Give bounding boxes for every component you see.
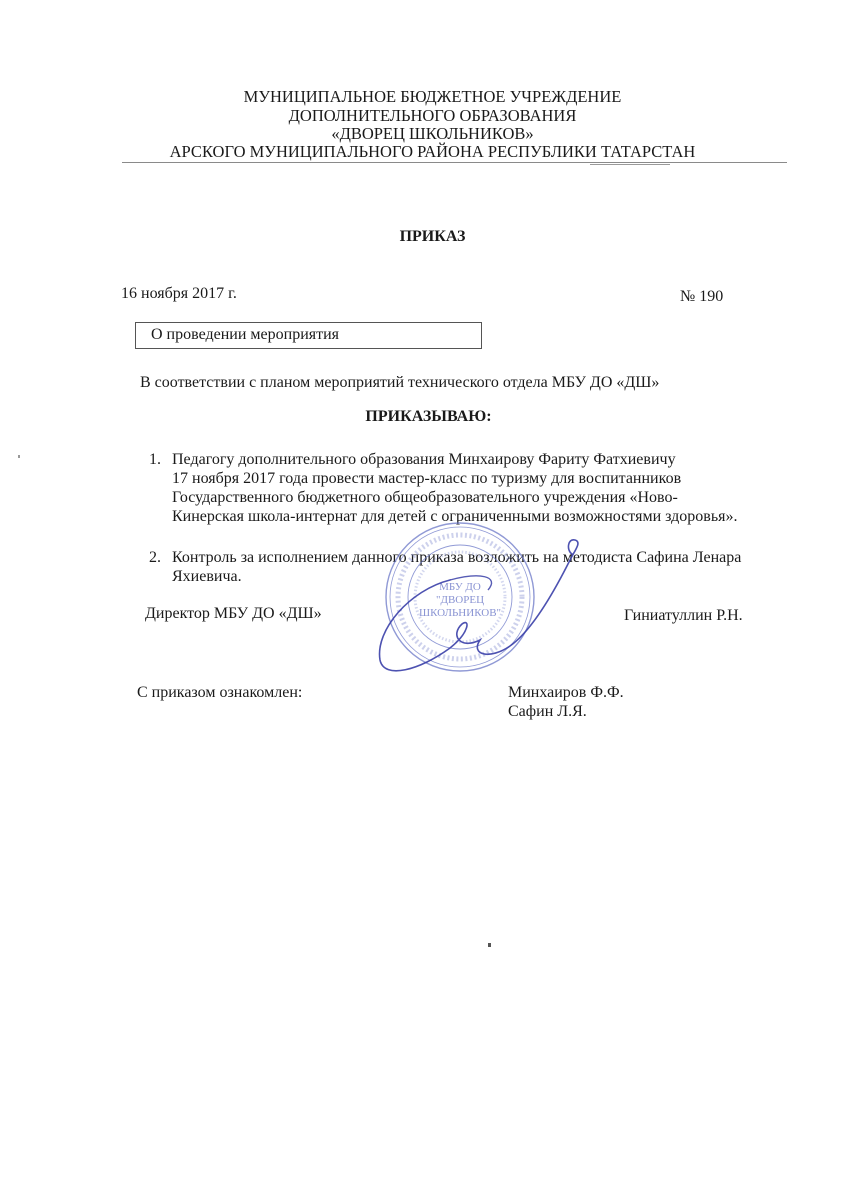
header-line-1: МУНИЦИПАЛЬНОЕ БЮДЖЕТНОЕ УЧРЕЖДЕНИЕ — [0, 87, 865, 107]
order-item-number: 1. — [149, 450, 161, 469]
basis-text: В соответствии с планом мероприятий техн… — [140, 373, 659, 392]
header-line-3: «ДВОРЕЦ ШКОЛЬНИКОВ» — [0, 124, 865, 144]
signatory-position: Директор МБУ ДО «ДШ» — [145, 604, 322, 623]
subject-box: О проведении мероприятия — [135, 322, 482, 349]
order-item-line: Государственного бюджетного общеобразова… — [172, 488, 678, 507]
header-divider-accent — [590, 164, 670, 165]
svg-text:МБУ ДО: МБУ ДО — [439, 581, 481, 593]
scan-speck — [18, 455, 20, 458]
order-item-line: 17 ноября 2017 года провести мастер-клас… — [172, 469, 681, 488]
order-item-line: Педагогу дополнительного образования Мин… — [172, 450, 676, 469]
order-item-line: Контроль за исполнением данного приказа … — [172, 548, 741, 567]
document-date: 16 ноября 2017 г. — [121, 284, 237, 303]
header-divider — [122, 162, 787, 163]
document-title: ПРИКАЗ — [0, 228, 865, 246]
acknowledged-name-1: Минхаиров Ф.Ф. — [508, 683, 624, 702]
document-number: № 190 — [680, 287, 723, 306]
header-line-4: АРСКОГО МУНИЦИПАЛЬНОГО РАЙОНА РЕСПУБЛИКИ… — [0, 142, 865, 162]
signature-icon — [370, 520, 590, 690]
signatory-name: Гиниатуллин Р.Н. — [624, 606, 743, 625]
official-stamp-icon: МБУ ДО "ДВОРЕЦ ШКОЛЬНИКОВ" — [383, 520, 537, 674]
order-item-line: Яхиевича. — [172, 567, 242, 586]
subject-text: О проведении мероприятия — [151, 326, 339, 343]
header-line-2: ДОПОЛНИТЕЛЬНОГО ОБРАЗОВАНИЯ — [0, 106, 865, 126]
order-word: ПРИКАЗЫВАЮ: — [0, 408, 861, 426]
order-item-line: Кинерская школа-интернат для детей с огр… — [172, 507, 738, 526]
svg-text:"ДВОРЕЦ: "ДВОРЕЦ — [436, 594, 484, 606]
acknowledgement-label: С приказом ознакомлен: — [137, 683, 302, 702]
svg-text:ШКОЛЬНИКОВ": ШКОЛЬНИКОВ" — [419, 607, 501, 619]
order-item-number: 2. — [149, 548, 161, 567]
acknowledged-name-2: Сафин Л.Я. — [508, 702, 587, 721]
scan-speck — [488, 943, 491, 947]
